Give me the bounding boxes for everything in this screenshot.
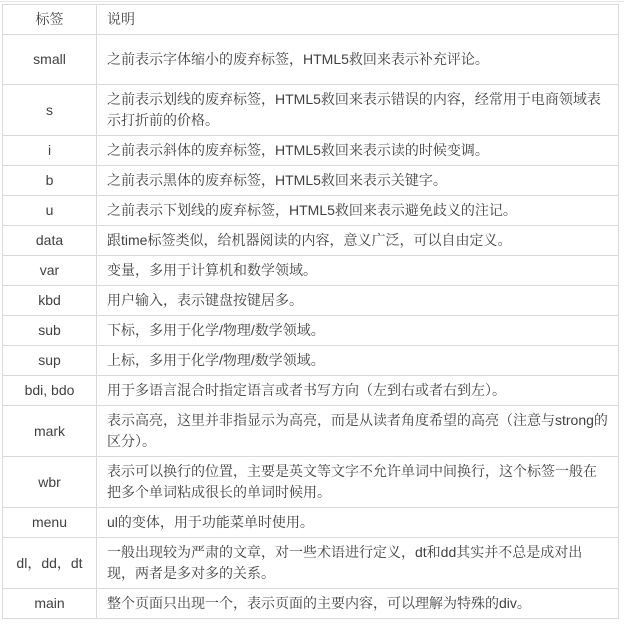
description-cell: 表示可以换行的位置，主要是英文等文字不允许单词中间换行，这个标签一般在把多个单词… <box>97 457 619 508</box>
table-row: s 之前表示划线的废弃标签，HTML5救回来表示错误的内容，经常用于电商领域表示… <box>3 85 619 136</box>
description-cell: 之前表示斜体的废弃标签，HTML5救回来表示读的时候变调。 <box>97 136 619 166</box>
description-cell: 表示高亮，这里并非指显示为高亮，而是从读者角度希望的高亮（注意与strong的区… <box>97 406 619 457</box>
tag-cell: sup <box>3 346 97 376</box>
tag-cell: small <box>3 35 97 85</box>
tag-cell: data <box>3 226 97 256</box>
column-header-tag: 标签 <box>3 5 97 35</box>
description-cell: 变量，多用于计算机和数学领域。 <box>97 256 619 286</box>
description-cell: 之前表示下划线的废弃标签，HTML5救回来表示避免歧义的注记。 <box>97 196 619 226</box>
description-cell: 之前表示黑体的废弃标签，HTML5救回来表示关键字。 <box>97 166 619 196</box>
table-row: small 之前表示字体缩小的废弃标签，HTML5救回来表示补充评论。 <box>3 35 619 85</box>
tag-cell: i <box>3 136 97 166</box>
column-header-description: 说明 <box>97 5 619 35</box>
description-cell: 用于多语言混合时指定语言或者书写方向（左到右或者右到左）。 <box>97 376 619 406</box>
description-cell: 整个页面只出现一个，表示页面的主要内容，可以理解为特殊的div。 <box>97 589 619 619</box>
table-row: var 变量，多用于计算机和数学领域。 <box>3 256 619 286</box>
table-row: sup 上标，多用于化学/物理/数学领域。 <box>3 346 619 376</box>
table-row: menu ul的变体，用于功能菜单时使用。 <box>3 508 619 538</box>
page: 标签 说明 small 之前表示字体缩小的废弃标签，HTML5救回来表示补充评论… <box>0 0 624 628</box>
table-row: sub 下标，多用于化学/物理/数学领域。 <box>3 316 619 346</box>
tag-cell: var <box>3 256 97 286</box>
table-row: bdi, bdo 用于多语言混合时指定语言或者书写方向（左到右或者右到左）。 <box>3 376 619 406</box>
description-cell: 之前表示字体缩小的废弃标签，HTML5救回来表示补充评论。 <box>97 35 619 85</box>
table-row: b 之前表示黑体的废弃标签，HTML5救回来表示关键字。 <box>3 166 619 196</box>
description-cell: 之前表示划线的废弃标签，HTML5救回来表示错误的内容，经常用于电商领域表示打折… <box>97 85 619 136</box>
tag-cell: main <box>3 589 97 619</box>
description-cell: 下标，多用于化学/物理/数学领域。 <box>97 316 619 346</box>
tag-cell: mark <box>3 406 97 457</box>
table-row: dl，dd，dt 一般出现较为严肃的文章，对一些术语进行定义，dt和dd其实并不… <box>3 538 619 589</box>
description-cell: 一般出现较为严肃的文章，对一些术语进行定义，dt和dd其实并不总是成对出现，两者… <box>97 538 619 589</box>
tag-cell: b <box>3 166 97 196</box>
description-cell: 上标，多用于化学/物理/数学领域。 <box>97 346 619 376</box>
description-cell: 用户输入，表示键盘按键居多。 <box>97 286 619 316</box>
html-tags-table: 标签 说明 small 之前表示字体缩小的废弃标签，HTML5救回来表示补充评论… <box>2 4 619 619</box>
table-row: main 整个页面只出现一个，表示页面的主要内容，可以理解为特殊的div。 <box>3 589 619 619</box>
tag-cell: kbd <box>3 286 97 316</box>
description-cell: 跟time标签类似，给机器阅读的内容，意义广泛，可以自由定义。 <box>97 226 619 256</box>
tag-cell: sub <box>3 316 97 346</box>
top-divider <box>0 1 624 2</box>
table-row: wbr 表示可以换行的位置，主要是英文等文字不允许单词中间换行，这个标签一般在把… <box>3 457 619 508</box>
table-row: u 之前表示下划线的废弃标签，HTML5救回来表示避免歧义的注记。 <box>3 196 619 226</box>
table-row: i 之前表示斜体的废弃标签，HTML5救回来表示读的时候变调。 <box>3 136 619 166</box>
tag-cell: s <box>3 85 97 136</box>
tag-cell: wbr <box>3 457 97 508</box>
tag-cell: dl，dd，dt <box>3 538 97 589</box>
table-row: data 跟time标签类似，给机器阅读的内容，意义广泛，可以自由定义。 <box>3 226 619 256</box>
table-row: kbd 用户输入，表示键盘按键居多。 <box>3 286 619 316</box>
tag-cell: bdi, bdo <box>3 376 97 406</box>
header-row: 标签 说明 <box>3 5 619 35</box>
table-row: mark 表示高亮，这里并非指显示为高亮，而是从读者角度希望的高亮（注意与str… <box>3 406 619 457</box>
tag-cell: u <box>3 196 97 226</box>
tag-cell: menu <box>3 508 97 538</box>
description-cell: ul的变体，用于功能菜单时使用。 <box>97 508 619 538</box>
